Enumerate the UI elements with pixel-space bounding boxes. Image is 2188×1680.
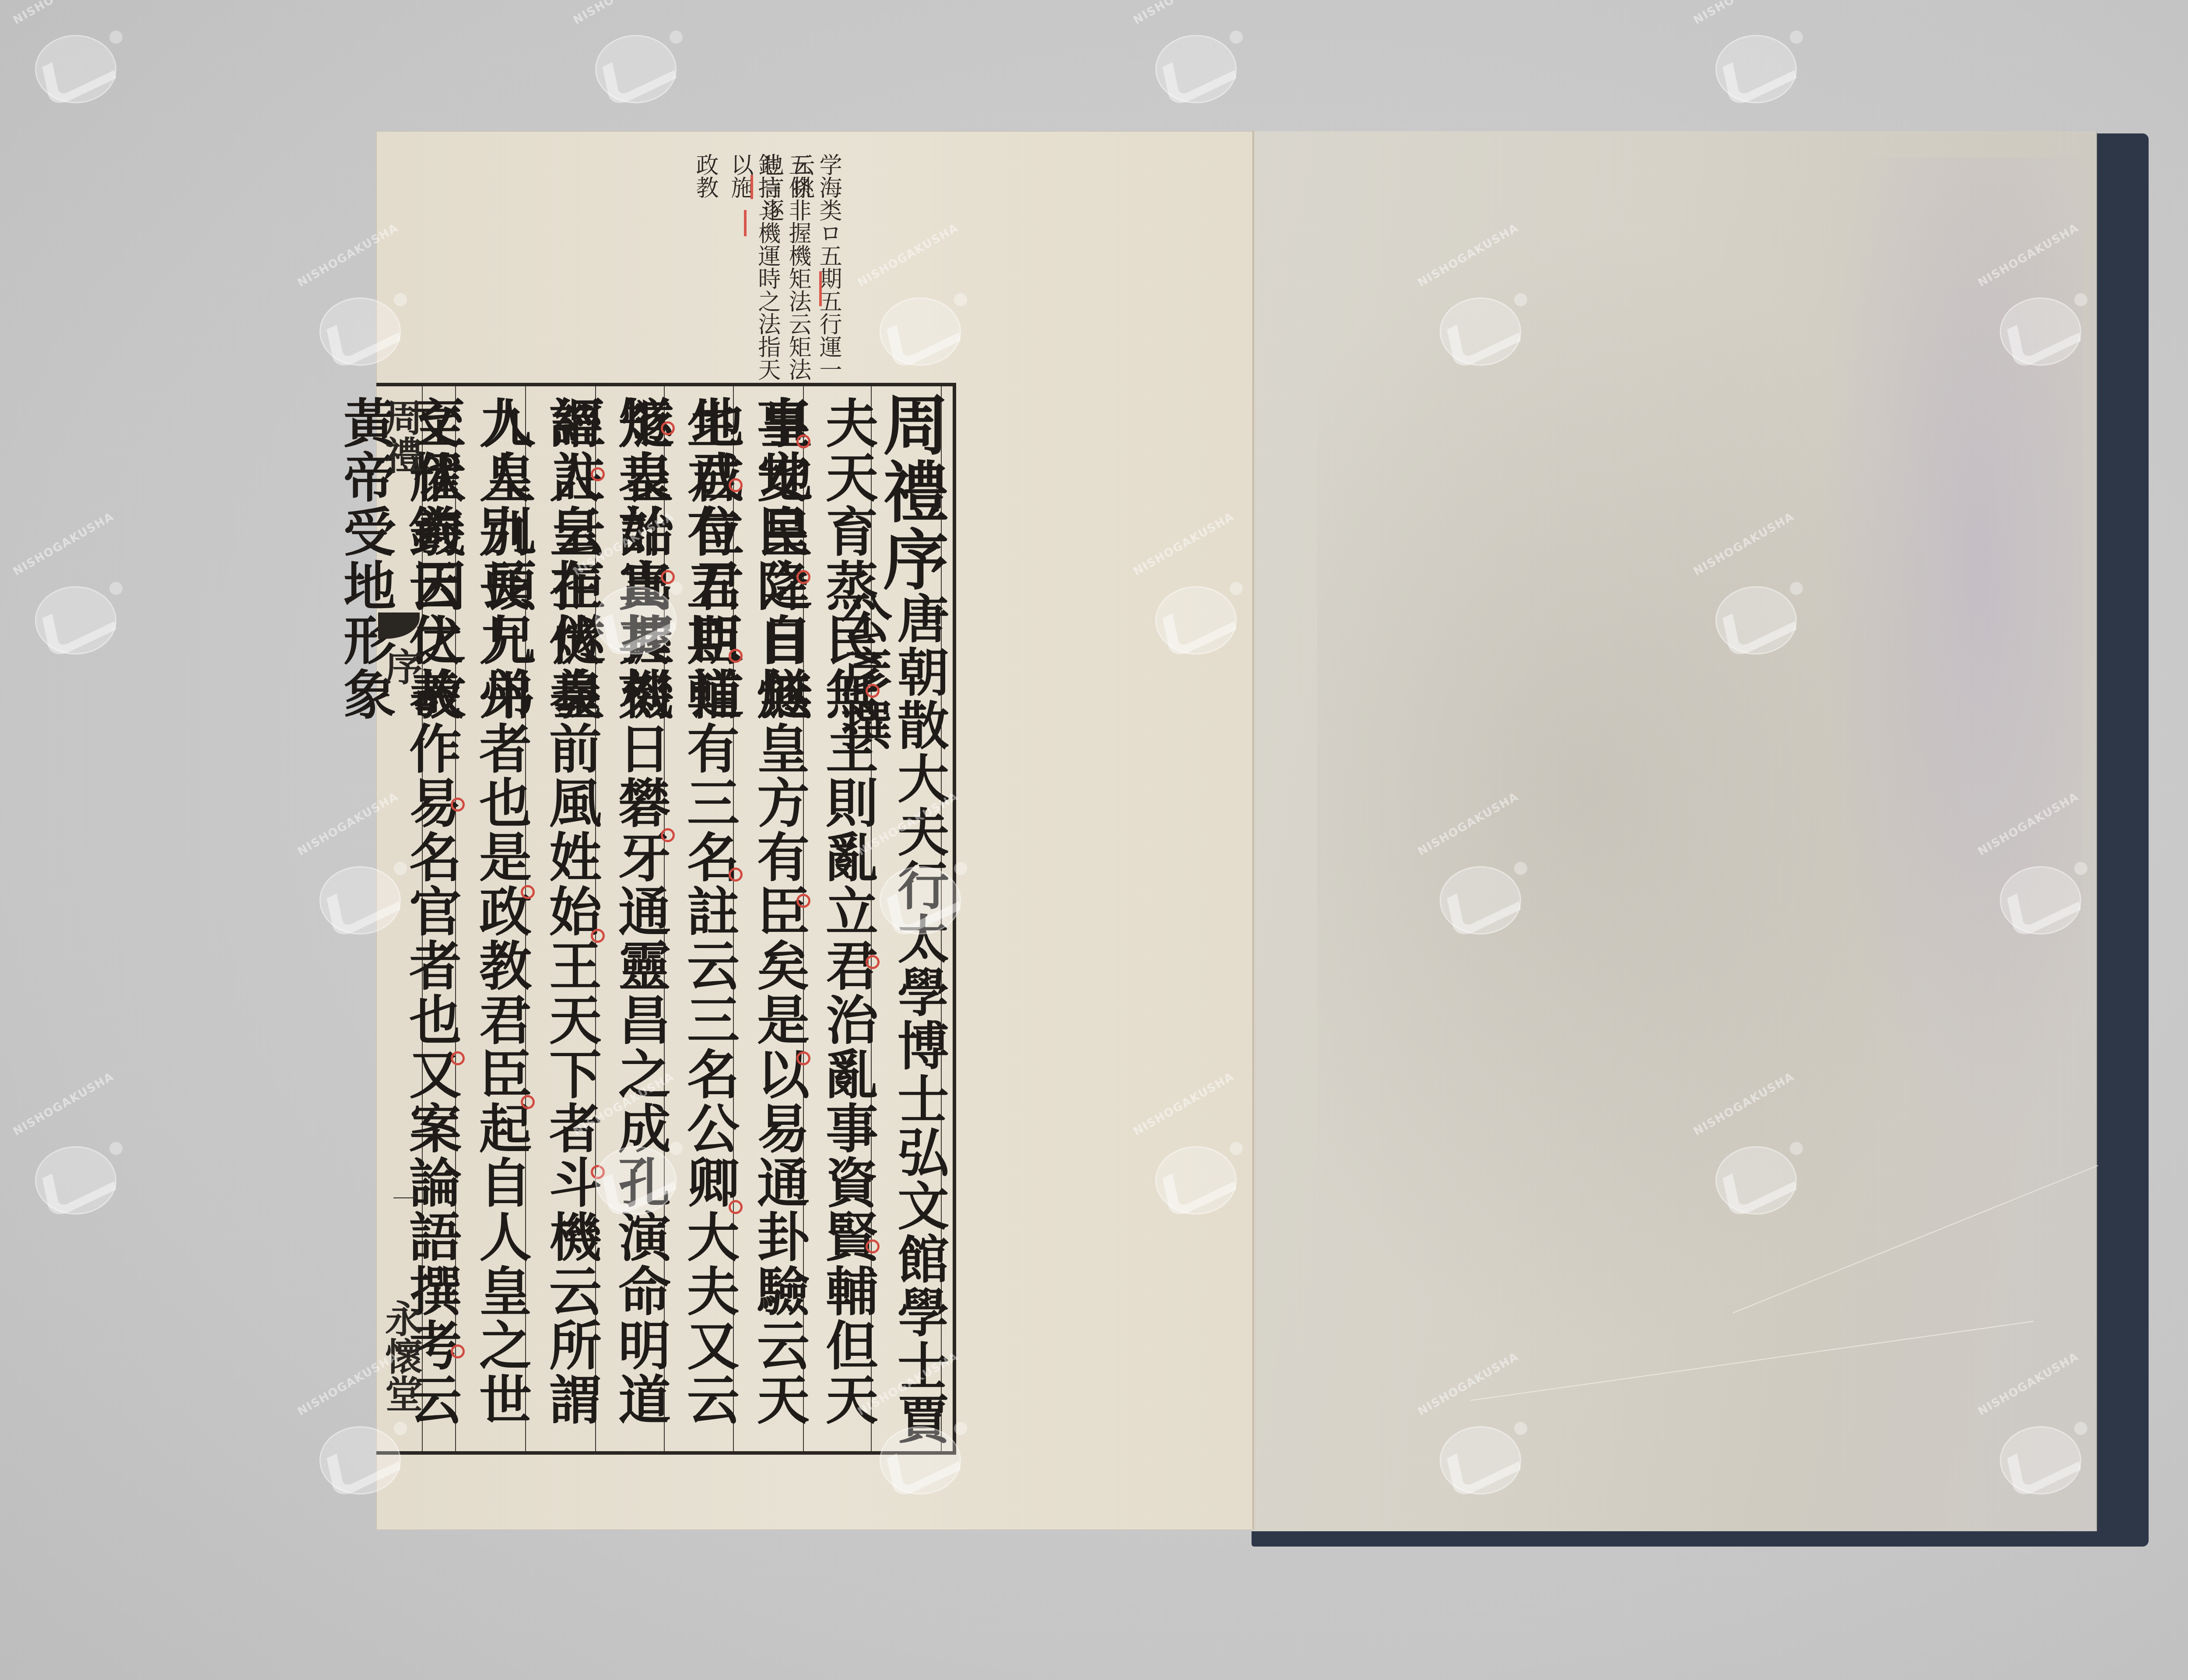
punctuation-circle bbox=[591, 467, 605, 481]
banxin-page-number: 一 bbox=[384, 1186, 422, 1212]
watermark-logo: NISHOGAKUSHA bbox=[582, 17, 683, 118]
document-title: 周禮序 bbox=[873, 391, 947, 593]
marginalia-column: 政教 bbox=[691, 153, 719, 199]
book-gutter bbox=[1252, 131, 1254, 1529]
punctuation-circle bbox=[521, 1095, 535, 1109]
watermark-logo: NISHOGAKUSHA bbox=[1427, 280, 1527, 381]
author-line: 唐朝散大夫行太學博士弘文館學士賈公彥撰 bbox=[873, 592, 947, 1451]
punctuation-circle bbox=[591, 929, 605, 943]
watermark-dot bbox=[1790, 31, 1803, 44]
punctuation-circle bbox=[451, 1051, 465, 1065]
watermark-logo: NISHOGAKUSHA bbox=[306, 1409, 407, 1509]
watermark-logo: NISHOGAKUSHA bbox=[306, 849, 407, 949]
watermark-dot bbox=[670, 31, 683, 44]
watermark-dot bbox=[394, 862, 407, 875]
punctuation-circle bbox=[866, 955, 880, 969]
watermark-logo: NISHOGAKUSHA bbox=[1427, 1409, 1527, 1509]
body-column: 九人别長九州者也是政教君臣起自人皇之世至伏羲因之故 bbox=[459, 396, 534, 1451]
punctuation-circle bbox=[796, 434, 810, 448]
watermark-logo: NISHOGAKUSHA bbox=[1427, 849, 1527, 949]
right-page-endpaper bbox=[1252, 131, 2097, 1531]
body-column: 事安民降自燧皇方有臣矣是以易通卦驗云天地成位君臣道 bbox=[737, 396, 812, 1451]
watermark-dot bbox=[954, 1422, 967, 1435]
watermark-dot bbox=[670, 582, 683, 595]
watermark-logo: NISHOGAKUSHA bbox=[866, 280, 967, 381]
watermark-dot bbox=[1790, 1142, 1803, 1155]
watermark-logo: NISHOGAKUSHA bbox=[866, 1409, 967, 1509]
watermark-dot bbox=[1230, 31, 1243, 44]
punctuation-circle bbox=[451, 1344, 465, 1358]
watermark-logo: NISHOGAKUSHA bbox=[22, 569, 123, 669]
punctuation-circle bbox=[866, 684, 880, 698]
fishtail-mark bbox=[378, 612, 420, 639]
watermark-dot bbox=[394, 293, 407, 306]
watermark-dot bbox=[2074, 293, 2087, 306]
watermark-logo: NISHOGAKUSHA bbox=[1142, 1129, 1243, 1229]
watermark-dot bbox=[109, 1142, 123, 1155]
red-annotation-mark bbox=[750, 175, 753, 199]
watermark-logo: NISHOGAKUSHA bbox=[22, 17, 123, 118]
watermark-logo: NISHOGAKUSHA bbox=[1987, 280, 2087, 381]
marginalia-column: 鎧持斗機運時之法指天以施 bbox=[726, 153, 781, 385]
watermark-logo: NISHOGAKUSHA bbox=[1987, 849, 2087, 949]
watermark-dot bbox=[954, 862, 967, 875]
marginalia: 学海类ロ五期五行運一云挑 五條非握機矩法云矩法也言逐 鎧持斗機運時之法指天以施 … bbox=[630, 140, 823, 385]
punctuation-circle bbox=[796, 894, 810, 908]
red-annotation-mark bbox=[819, 271, 822, 306]
paper-stain bbox=[1317, 219, 1974, 1356]
punctuation-circle bbox=[729, 868, 743, 882]
punctuation-circle bbox=[661, 828, 675, 842]
watermark-logo: NISHOGAKUSHA bbox=[1702, 569, 1803, 669]
punctuation-circle bbox=[796, 1051, 810, 1065]
watermark-dot bbox=[670, 1142, 683, 1155]
watermark-logo: NISHOGAKUSHA bbox=[1142, 569, 1243, 669]
watermark-logo: NISHOGAKUSHA bbox=[306, 280, 407, 381]
watermark-logo: NISHOGAKUSHA bbox=[866, 849, 967, 949]
watermark-dot bbox=[109, 582, 123, 595]
punctuation-circle bbox=[729, 478, 743, 492]
watermark-dot bbox=[1514, 1422, 1527, 1435]
watermark-dot bbox=[1514, 862, 1527, 875]
watermark-logo: NISHOGAKUSHA bbox=[1142, 17, 1243, 118]
watermark-dot bbox=[1514, 293, 1527, 306]
watermark-logo: NISHOGAKUSHA bbox=[1702, 17, 1803, 118]
watermark-logo: NISHOGAKUSHA bbox=[582, 569, 683, 669]
watermark-dot bbox=[1790, 582, 1803, 595]
watermark-dot bbox=[2074, 862, 2087, 875]
watermark-dot bbox=[1230, 1142, 1243, 1155]
punctuation-circle bbox=[661, 421, 675, 435]
watermark-logo: NISHOGAKUSHA bbox=[1702, 1129, 1803, 1229]
body-column: 生君有五期輔有三名註云三名公卿大夫又云燧皇始出握機 bbox=[667, 396, 742, 1451]
banxin-section: 序 bbox=[381, 647, 420, 685]
watermark-logo: NISHOGAKUSHA bbox=[22, 1129, 123, 1229]
punctuation-circle bbox=[866, 1239, 880, 1253]
watermark-dot bbox=[1230, 582, 1243, 595]
watermark-logo: NISHOGAKUSHA bbox=[1987, 1409, 2087, 1509]
watermark-dot bbox=[954, 293, 967, 306]
watermark-dot bbox=[2074, 1422, 2087, 1435]
punctuation-circle bbox=[729, 649, 743, 663]
banxin-title: 周禮 bbox=[381, 398, 420, 473]
watermark-dot bbox=[394, 1422, 407, 1435]
watermark-dot bbox=[109, 31, 123, 44]
watermark-logo: NISHOGAKUSHA bbox=[582, 1129, 683, 1229]
red-annotation-mark bbox=[744, 210, 747, 236]
punctuation-circle bbox=[796, 570, 810, 584]
punctuation-circle bbox=[451, 798, 465, 812]
punctuation-circle bbox=[729, 1200, 743, 1214]
punctuation-circle bbox=[521, 885, 535, 899]
